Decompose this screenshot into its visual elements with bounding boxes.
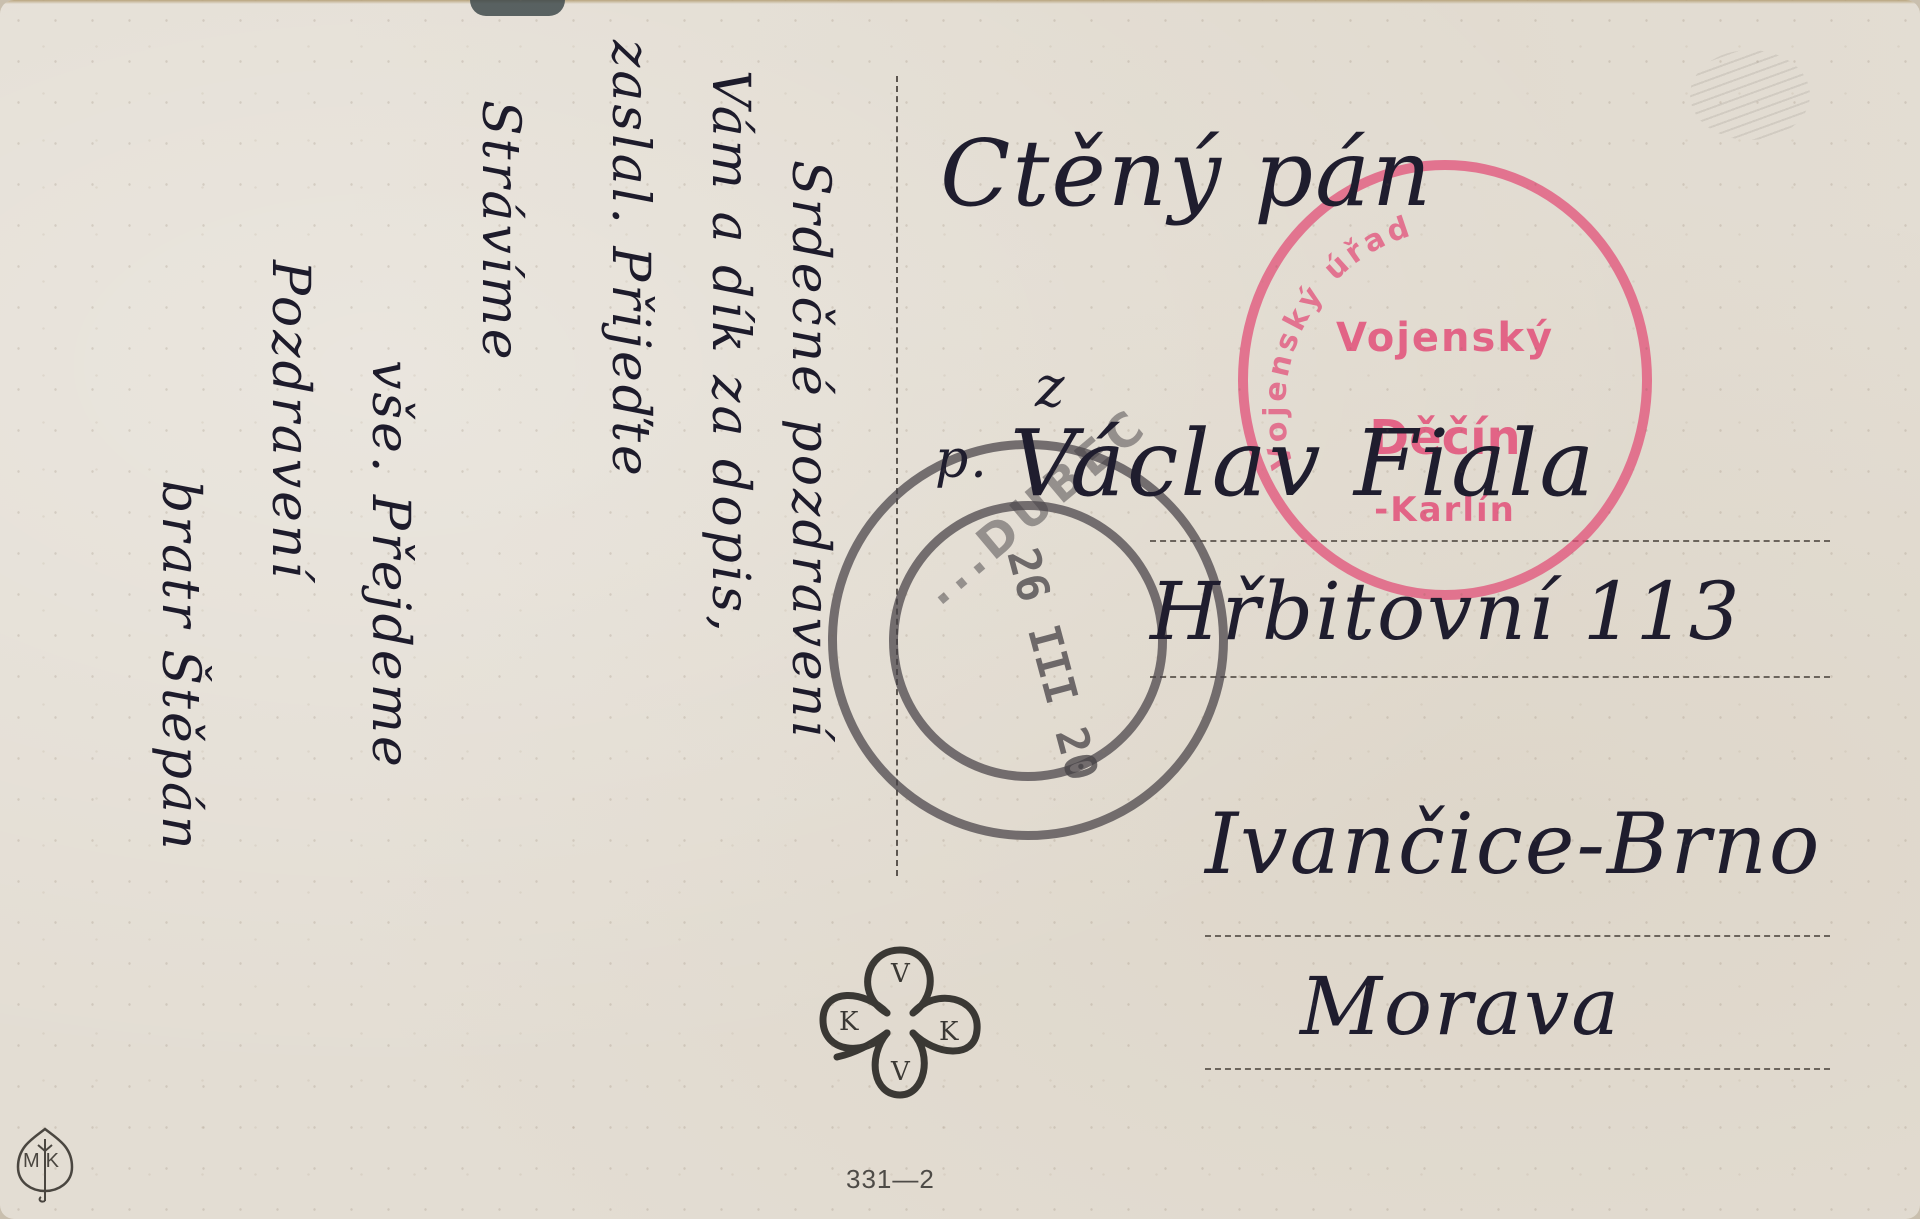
address-line-4 [1205,1068,1830,1070]
message-column-1: Srdečné pozdravení [780,160,840,740]
address-line-3 [1205,935,1830,937]
postcard-back: Vojenský úřad Vojenský Děčín -Karlín ...… [0,0,1920,1219]
message-column-7: bratr Štěpán [150,480,210,853]
address-recipient: Václav Fiala [1010,410,1596,517]
address-region: Morava [1300,960,1621,1053]
clover-letter-left: K [839,1007,858,1037]
address-city: Ivančice-Brno [1205,795,1821,893]
clover-letter-right: K [939,1017,958,1047]
address-prefix: p. [935,430,989,490]
stamp-line-1: Vojenský [1248,315,1642,361]
address-salutation: Ctěný pán [940,120,1433,227]
clover-letter-top: V [891,959,910,989]
address-line-2 [1150,676,1830,678]
message-column-6: Pozdravení [260,260,320,581]
stamp-ring-text: Vojenský úřad [1248,170,1662,610]
clover-letter-bottom: V [891,1057,910,1087]
message-column-4: Strávíme [470,100,530,362]
address-street: Hřbitovní 113 [1150,565,1742,658]
message-column-5: vše. Přejdeme [360,360,420,770]
clover-publisher-logo: V K K V [815,935,985,1105]
catalog-number: 331—2 [846,1164,935,1195]
pencil-smudge [1690,50,1810,140]
message-column-2: Vám a dík za dopis, [700,70,760,635]
mk-logo-letters: MK [14,1150,74,1173]
message-column-3: zaslal. Přijeďte [600,40,660,479]
ink-blot [470,0,565,16]
card-edge [0,0,1920,4]
